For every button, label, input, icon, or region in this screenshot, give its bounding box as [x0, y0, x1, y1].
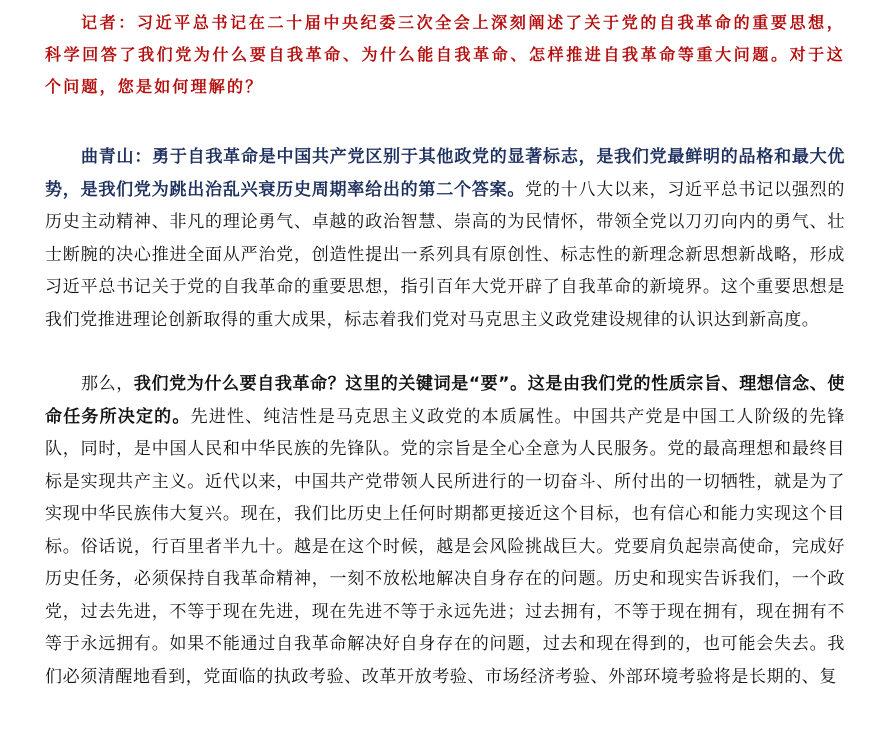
article-body: 记者：习近平总书记在二十届中央纪委三次全会上深刻阐述了关于党的自我革命的重要思想… — [45, 0, 845, 693]
answer-paragraph-1: 曲青山：勇于自我革命是中国共产党区别于其他政党的显著标志，是我们党最鲜明的品格和… — [45, 141, 845, 336]
interview-question: 记者：习近平总书记在二十届中央纪委三次全会上深刻阐述了关于党的自我革命的重要思想… — [45, 0, 845, 103]
answer-speaker: 曲青山： — [81, 147, 152, 167]
paragraph-body-text: 先进性、纯洁性是马克思主义政党的本质属性。中国共产党是中国工人阶级的先锋队，同时… — [45, 407, 845, 687]
question-text: 习近平总书记在二十届中央纪委三次全会上深刻阐述了关于党的自我革命的重要思想，科学… — [45, 13, 845, 96]
answer-paragraph-2: 那么，我们党为什么要自我革命？这里的关键词是“要”。这是由我们党的性质宗旨、理想… — [45, 368, 845, 693]
answer-body-text: 党的十八大以来，习近平总书记以强烈的历史主动精神、非凡的理论勇气、卓越的政治智慧… — [45, 180, 845, 330]
question-speaker: 记者： — [81, 13, 137, 32]
paragraph-intro: 那么， — [81, 374, 134, 394]
